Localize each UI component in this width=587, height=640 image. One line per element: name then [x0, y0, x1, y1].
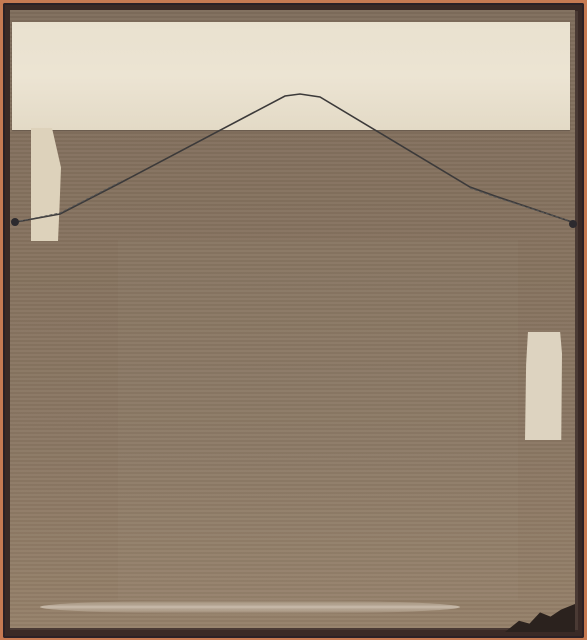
photo: [0, 0, 587, 640]
right-screw-eye-icon: [569, 220, 577, 228]
left-screw-eye-icon: [11, 218, 19, 226]
hanging-wire: [0, 0, 587, 640]
